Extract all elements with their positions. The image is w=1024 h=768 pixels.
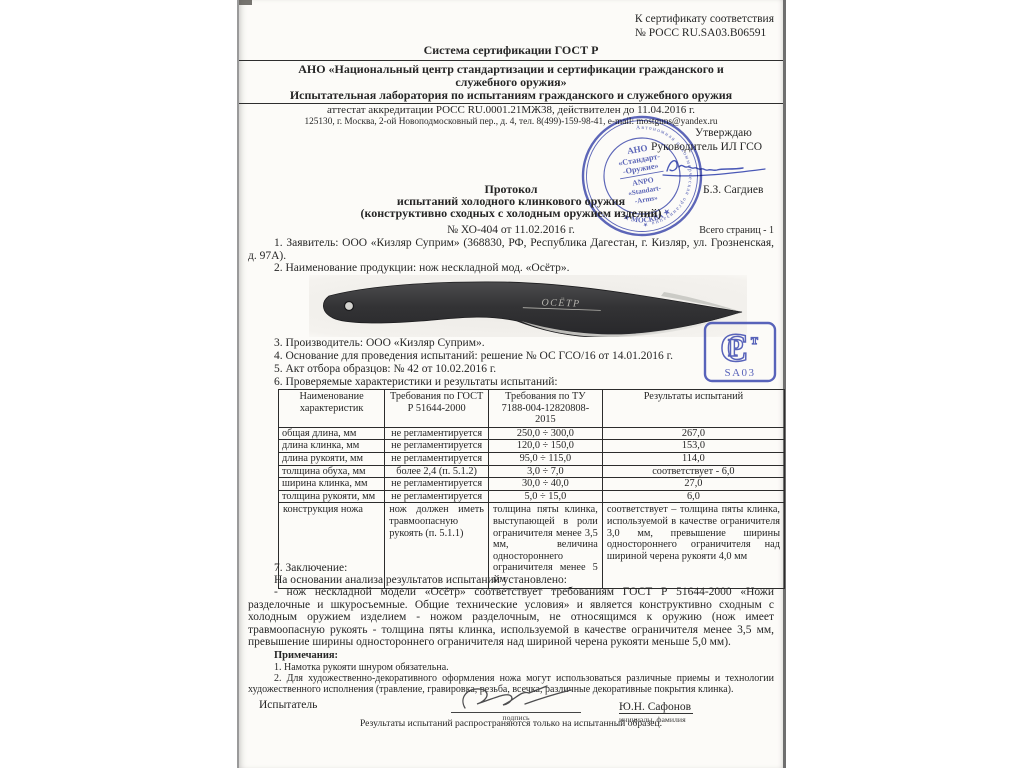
certification-system-title: Система сертификации ГОСТ Р <box>239 44 783 57</box>
cell-tu: 5,0 ÷ 15,0 <box>488 490 602 503</box>
item-sampling-act: 5. Акт отбора образцов: № 42 от 10.02.20… <box>248 363 774 376</box>
certificate-reference-line1: К сертификату соответствия <box>635 12 774 26</box>
cell-result: соответствует - 6,0 <box>602 465 784 478</box>
conclusion-heading: 7. Заключение: <box>248 562 774 575</box>
cell-tu: 30,0 ÷ 40,0 <box>488 478 602 491</box>
cell-tu: 120,0 ÷ 150,0 <box>488 440 602 453</box>
knife-engraving: ОСЁТР <box>541 296 581 309</box>
scan-artifact <box>239 0 252 5</box>
rst-conformity-mark: С Р т SA03 <box>703 321 777 383</box>
laboratory-name: Испытательная лаборатория по испытаниям … <box>239 89 783 102</box>
table-row: длина рукояти, мм не регламентируется 95… <box>279 452 785 465</box>
document-page: К сертификату соответствия № РОСС RU.SA0… <box>237 0 786 768</box>
tester-signature-block: подпись <box>451 684 581 722</box>
cell-tu: 250,0 ÷ 300,0 <box>488 427 602 440</box>
approval-word: Утверждаю <box>695 127 785 141</box>
accreditation-line: аттестат аккредитации РОСС RU.0001.21МЖ3… <box>239 105 783 117</box>
cell-tu: 95,0 ÷ 115,0 <box>488 452 602 465</box>
cell-name: длина клинка, мм <box>279 440 385 453</box>
conclusion-body: - нож нескладной модели «Осётр» соответс… <box>248 586 774 649</box>
tester-signature-scribble <box>451 684 579 712</box>
note-1: 1. Намотка рукояти шнуром обязательна. <box>248 662 774 673</box>
tester-role-label: Испытатель <box>259 699 317 711</box>
cell-name: длина рукояти, мм <box>279 452 385 465</box>
tester-name: Ю.Н. Сафонов <box>619 701 693 714</box>
table-header-row: Наименование характеристик Требования по… <box>279 390 785 428</box>
col-header-gost: Требования по ГОСТ Р 51644-2000 <box>385 390 489 428</box>
rst-letter-p: Р <box>728 335 743 362</box>
pages-count: Всего страниц - 1 <box>699 225 774 236</box>
cell-result: 6,0 <box>602 490 784 503</box>
knife-photo: ОСЁТР <box>309 275 747 337</box>
rst-code: SA03 <box>724 367 755 379</box>
test-results-table: Наименование характеристик Требования по… <box>278 389 785 589</box>
cell-gost: не регламентируется <box>385 490 489 503</box>
knife-lanyard-hole <box>345 302 354 311</box>
cell-name: общая длина, мм <box>279 427 385 440</box>
cell-gost: более 2,4 (п. 5.1.2) <box>385 465 489 478</box>
item-product: 2. Наименование продукции: нож нескладно… <box>248 262 774 275</box>
cell-result: 267,0 <box>602 427 784 440</box>
cell-tu: 3,0 ÷ 7,0 <box>488 465 602 478</box>
item-test-basis: 4. Основание для проведения испытаний: р… <box>248 350 774 363</box>
contact-line: 125130, г. Москва, 2-ой Новоподмосковный… <box>239 117 783 127</box>
cell-name: толщина обуха, мм <box>279 465 385 478</box>
organization-name: АНО «Национальный центр стандартизации и… <box>239 63 783 89</box>
table-row: толщина рукояти, мм не регламентируется … <box>279 490 785 503</box>
rst-letter-t: т <box>751 333 758 348</box>
col-header-results: Результаты испытаний <box>602 390 784 428</box>
table-row: длина клинка, мм не регламентируется 120… <box>279 440 785 453</box>
header-divider-top <box>239 60 783 61</box>
col-header-tu: Требования по ТУ 7188-004-12820808-2015 <box>488 390 602 428</box>
cell-result: 114,0 <box>602 452 784 465</box>
cell-name: толщина рукояти, мм <box>279 490 385 503</box>
cell-gost: не регламентируется <box>385 478 489 491</box>
cell-name: ширина клинка, мм <box>279 478 385 491</box>
certificate-reference: К сертификату соответствия № РОСС RU.SA0… <box>635 12 774 40</box>
table-row: толщина обуха, мм более 2,4 (п. 5.1.2) 3… <box>279 465 785 478</box>
cell-gost: не регламентируется <box>385 427 489 440</box>
footer-disclaimer: Результаты испытаний распространяются то… <box>239 718 783 729</box>
notes-heading: Примечания: <box>248 650 774 661</box>
item-applicant: 1. Заявитель: ООО «Кизляр Суприм» (36883… <box>248 237 774 262</box>
table-row: ширина клинка, мм не регламентируется 30… <box>279 478 785 491</box>
cell-result: 27,0 <box>602 478 784 491</box>
col-header-characteristic: Наименование характеристик <box>279 390 385 428</box>
scanned-document-canvas: К сертификату соответствия № РОСС RU.SA0… <box>0 0 1024 768</box>
cell-gost: не регламентируется <box>385 452 489 465</box>
certificate-reference-number: № РОСС RU.SA03.B06591 <box>635 26 774 40</box>
item-table-intro: 6. Проверяемые характеристики и результа… <box>248 376 774 389</box>
item-manufacturer: 3. Производитель: ООО «Кизляр Суприм». <box>248 337 774 350</box>
table-row: общая длина, мм не регламентируется 250,… <box>279 427 785 440</box>
protocol-subtitle-2: (конструктивно сходных с холодным оружие… <box>239 207 783 220</box>
cell-result: 153,0 <box>602 440 784 453</box>
conclusion-intro: На основании анализа результатов испытан… <box>248 574 774 587</box>
cell-gost: не регламентируется <box>385 440 489 453</box>
